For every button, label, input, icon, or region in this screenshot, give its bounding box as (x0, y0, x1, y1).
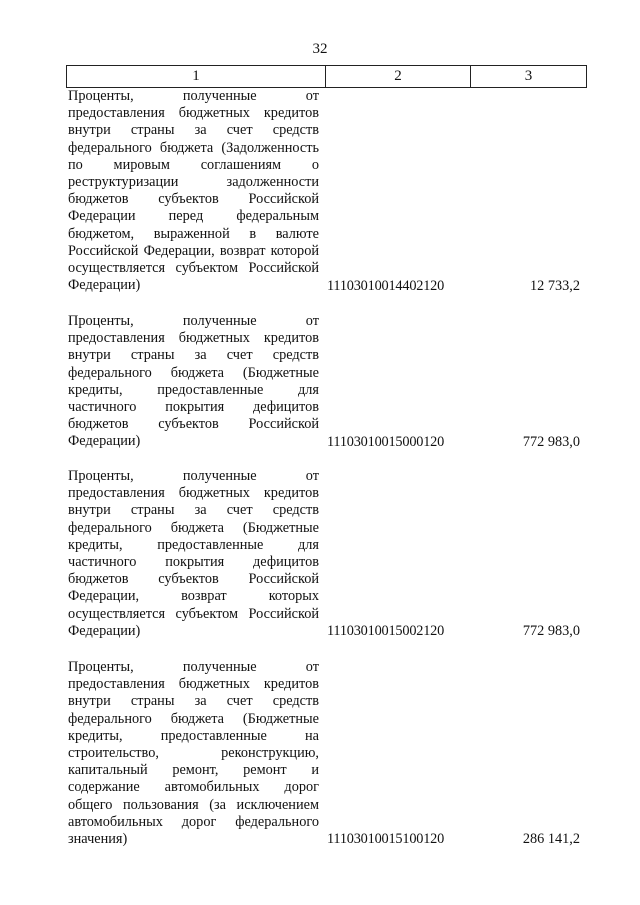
row-description: Проценты, полученные от предоставления б… (68, 659, 319, 848)
row-description: Проценты, полученные от предоставления б… (68, 313, 319, 451)
row-amount: 772 983,0 (470, 434, 580, 451)
row-description: Проценты, полученные от предоставления б… (68, 468, 319, 640)
table-row: Проценты, полученные от предоставления б… (68, 88, 588, 298)
column-header-1: 1 (67, 66, 326, 87)
row-description: Проценты, полученные от предоставления б… (68, 88, 319, 294)
row-amount: 286 141,2 (470, 831, 580, 848)
row-code: 11103010015002120 (327, 623, 467, 640)
table-row: Проценты, полученные от предоставления б… (68, 468, 588, 643)
table-row: Проценты, полученные от предоставления б… (68, 659, 588, 854)
row-amount: 12 733,2 (470, 278, 580, 295)
table-header-row: 1 2 3 (66, 65, 587, 88)
row-code: 11103010015000120 (327, 434, 467, 451)
column-header-3: 3 (471, 66, 586, 87)
row-code: 11103010014402120 (327, 278, 467, 295)
row-amount: 772 983,0 (470, 623, 580, 640)
row-code: 11103010015100120 (327, 831, 467, 848)
column-header-2: 2 (326, 66, 471, 87)
table-row: Проценты, полученные от предоставления б… (68, 313, 588, 453)
page-number: 32 (0, 40, 640, 58)
